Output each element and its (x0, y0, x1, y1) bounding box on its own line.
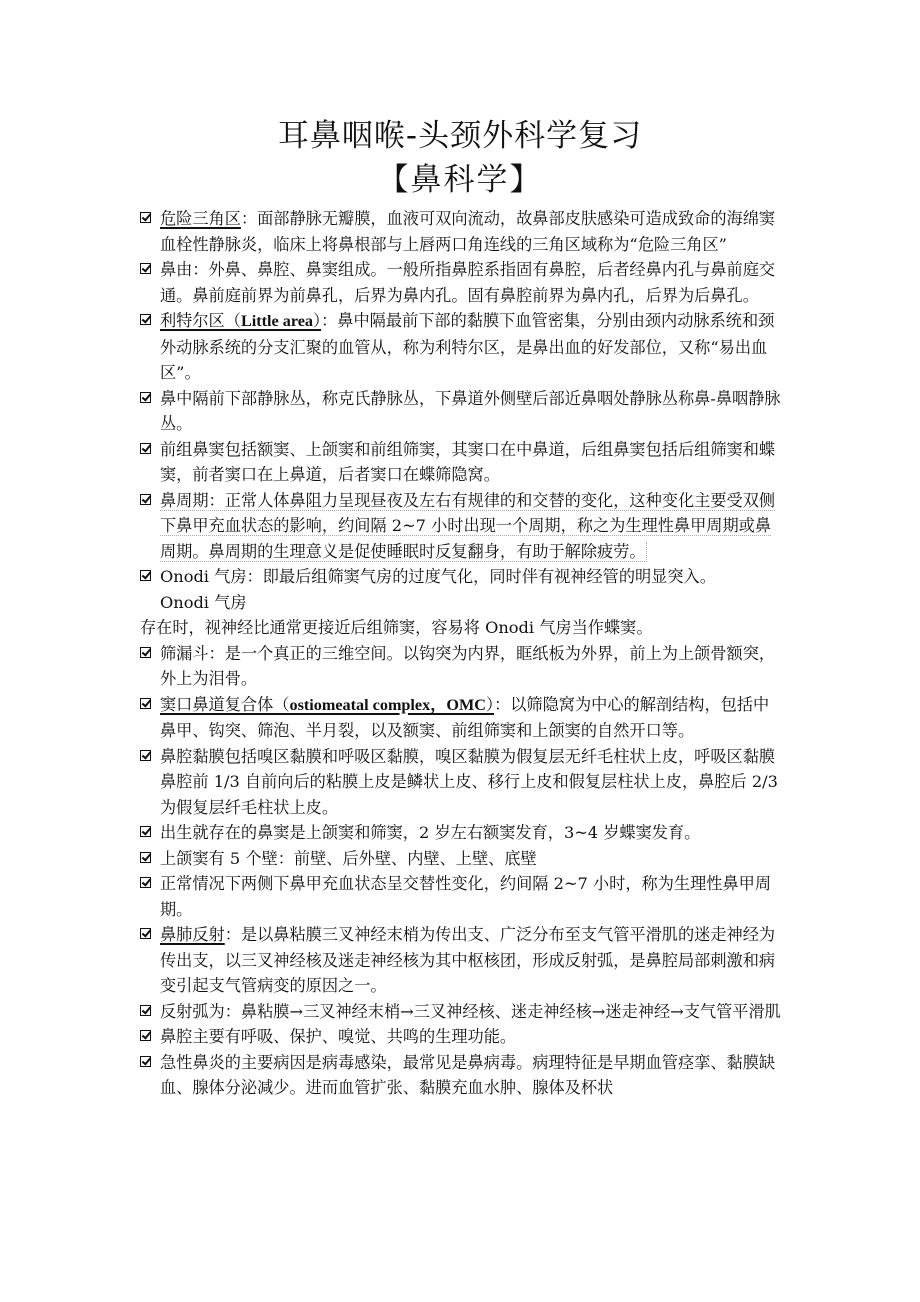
list-item-nose-structure: 鼻由：外鼻、鼻腔、鼻窦组成。一般所指鼻腔系指固有鼻腔，后者经鼻内孔与鼻前庭交通。… (140, 257, 785, 308)
list-item-danger-triangle: 危险三角区：面部静脉无瓣膜，血液可双向流动，故鼻部皮肤感染可造成致命的海绵窦血栓… (140, 206, 785, 257)
item-text: Onodi 气房：即最后组筛窦气房的过度气化，同时伴有视神经管的明显突入。 (160, 567, 716, 586)
item-text: 鼻由：外鼻、鼻腔、鼻窦组成。一般所指鼻腔系指固有鼻腔，后者经鼻内孔与鼻前庭交通。… (160, 260, 775, 305)
checkbox-checked-icon (140, 263, 151, 274)
item-continuation: Onodi 气房 (160, 590, 785, 616)
list-item-nasal-cycle: 鼻周期：正常人体鼻阻力呈现昼夜及左右有规律的和交替的变化，这种变化主要受双侧下鼻… (140, 488, 785, 565)
document-subtitle: 【鼻科学】 (0, 160, 920, 200)
item-after-text: 存在时，视神经比通常更接近后组筛窦，容易将 Onodi 气房当作蝶窦。 (140, 615, 785, 641)
item-text: 反射弧为：鼻粘膜→三叉神经末梢→三叉神经核、迷走神经核→迷走神经→支气管平滑肌 (160, 1002, 781, 1021)
checkbox-checked-icon (140, 392, 151, 403)
list-item-sinus-development: 出生就存在的鼻窦是上颌窦和筛窦，2 岁左右额窦发育，3~4 岁蝶窦发育。 (140, 820, 785, 846)
term-danger-triangle: 危险三角区 (160, 209, 241, 228)
term-nasopulmonary-reflex: 鼻肺反射 (160, 925, 225, 944)
checkbox-checked-icon (140, 877, 151, 888)
review-list: 危险三角区：面部静脉无瓣膜，血液可双向流动，故鼻部皮肤感染可造成致命的海绵窦血栓… (140, 206, 785, 1101)
list-item-turbinate-cycle: 正常情况下两侧下鼻甲充血状态呈交替性变化，约间隔 2~7 小时，称为生理性鼻甲周… (140, 871, 785, 922)
term-omc: 窦口鼻道复合体（ostiomeatal complex，OMC） (160, 695, 494, 714)
checkbox-checked-icon (140, 1030, 151, 1041)
list-item-maxillary-walls: 上颌窦有 5 个壁：前壁、后外壁、内壁、上壁、底壁 (140, 846, 785, 872)
item-text: 鼻周期：正常人体鼻阻力呈现昼夜及左右有规律的和交替的变化，这种变化主要受双侧下鼻… (160, 491, 775, 562)
checkbox-checked-icon (140, 928, 151, 939)
item-text: 急性鼻炎的主要病因是病毒感染，最常见是鼻病毒。病理特征是早期血管痉挛、黏膜缺血、… (160, 1053, 775, 1098)
item-text: ：面部静脉无瓣膜，血液可双向流动，故鼻部皮肤感染可造成致命的海绵窦血栓性静脉炎，… (160, 209, 775, 254)
checkbox-checked-icon (140, 826, 151, 837)
term-little-area: 利特尔区（Little area） (160, 311, 321, 330)
checkbox-checked-icon (140, 1005, 151, 1016)
list-item-sinus-groups: 前组鼻窦包括额窦、上颌窦和前组筛窦，其窦口在中鼻道，后组鼻窦包括后组筛窦和蝶窦，… (140, 437, 785, 488)
checkbox-checked-icon (140, 314, 151, 325)
checkbox-checked-icon (140, 494, 151, 505)
item-text: 出生就存在的鼻窦是上颌窦和筛窦，2 岁左右额窦发育，3~4 岁蝶窦发育。 (160, 823, 700, 842)
checkbox-checked-icon (140, 647, 151, 658)
item-text: 前组鼻窦包括额窦、上颌窦和前组筛窦，其窦口在中鼻道，后组鼻窦包括后组筛窦和蝶窦，… (160, 440, 775, 485)
item-text: 正常情况下两侧下鼻甲充血状态呈交替性变化，约间隔 2~7 小时，称为生理性鼻甲周… (160, 874, 771, 919)
item-text: 上颌窦有 5 个壁：前壁、后外壁、内壁、上壁、底壁 (160, 849, 537, 868)
item-text: ：是以鼻粘膜三叉神经末梢为传出支、广泛分布至支气管平滑肌的迷走神经为传出支，以三… (160, 925, 775, 995)
checkbox-checked-icon (140, 852, 151, 863)
list-item-nasal-functions: 鼻腔主要有呼吸、保护、嗅觉、共鸣的生理功能。 (140, 1024, 785, 1050)
checkbox-checked-icon (140, 1056, 151, 1067)
list-item-reflex-arc: 反射弧为：鼻粘膜→三叉神经末梢→三叉神经核、迷走神经核→迷走神经→支气管平滑肌 (140, 999, 785, 1025)
checkbox-checked-icon (140, 698, 151, 709)
item-text: 鼻中隔前下部静脉丛，称克氏静脉丛，下鼻道外侧壁后部近鼻咽处静脉丛称鼻-鼻咽静脉丛… (160, 389, 781, 434)
document-page: 耳鼻咽喉-头颈外科学复习 【鼻科学】 危险三角区：面部静脉无瓣膜，血液可双向流动… (0, 0, 920, 1302)
checkbox-checked-icon (140, 570, 151, 581)
list-item-nasopulmonary-reflex: 鼻肺反射：是以鼻粘膜三叉神经末梢为传出支、广泛分布至支气管平滑肌的迷走神经为传出… (140, 922, 785, 999)
item-text: 筛漏斗：是一个真正的三维空间。以钩突为内界，眶纸板为外界，前上为上颌骨额突，外上… (160, 644, 775, 689)
list-item-little-area: 利特尔区（Little area）：鼻中隔最前下部的黏膜下血管密集，分别由颈内动… (140, 308, 785, 386)
list-item-omc: 窦口鼻道复合体（ostiomeatal complex，OMC）：以筛隐窝为中心… (140, 692, 785, 744)
list-item-ethmoid-infundibulum: 筛漏斗：是一个真正的三维空间。以钩突为内界，眶纸板为外界，前上为上颌骨额突，外上… (140, 641, 785, 692)
checkbox-checked-icon (140, 443, 151, 454)
list-item-onodi-cell: Onodi 气房：即最后组筛窦气房的过度气化，同时伴有视神经管的明显突入。 On… (140, 564, 785, 641)
list-item-acute-rhinitis: 急性鼻炎的主要病因是病毒感染，最常见是鼻病毒。病理特征是早期血管痉挛、黏膜缺血、… (140, 1050, 785, 1101)
list-item-nasal-mucosa: 鼻腔黏膜包括嗅区黏膜和呼吸区黏膜，嗅区黏膜为假复层无纤毛柱状上皮，呼吸区黏膜鼻腔… (140, 744, 785, 821)
document-title: 耳鼻咽喉-头颈外科学复习 (0, 116, 920, 156)
item-text: 鼻腔主要有呼吸、保护、嗅觉、共鸣的生理功能。 (160, 1027, 516, 1046)
list-item-kiesselbach-plexus: 鼻中隔前下部静脉丛，称克氏静脉丛，下鼻道外侧壁后部近鼻咽处静脉丛称鼻-鼻咽静脉丛… (140, 386, 785, 437)
item-text: 鼻腔黏膜包括嗅区黏膜和呼吸区黏膜，嗅区黏膜为假复层无纤毛柱状上皮，呼吸区黏膜鼻腔… (160, 747, 778, 817)
checkbox-checked-icon (140, 212, 151, 223)
checkbox-checked-icon (140, 750, 151, 761)
